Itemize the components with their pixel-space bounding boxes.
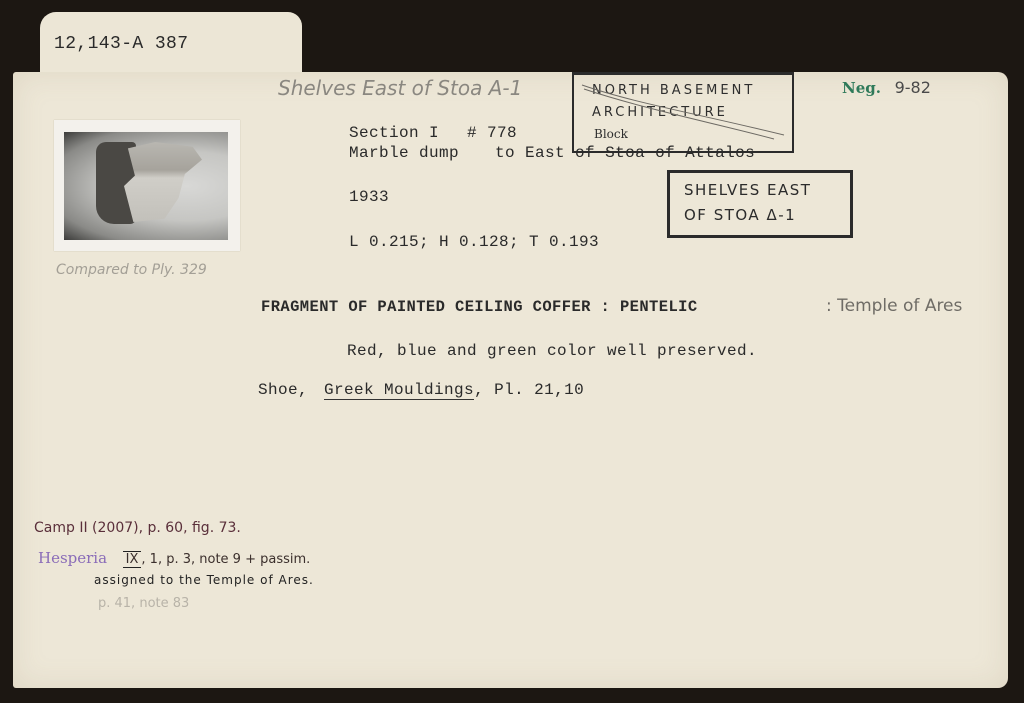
findspot-suffix: to East of Stoa of Attalos — [495, 144, 755, 162]
shelves-stamp-line-2: OF STOA Δ-1 — [684, 206, 796, 224]
findspot-line: Marble dump to East of Stoa of Attalos — [349, 144, 755, 162]
section-number: # 778 — [467, 124, 517, 142]
shelves-stamp-line-1: SHELVES EAST — [684, 181, 811, 199]
pencil-strike-icon — [574, 75, 792, 151]
section-label: Section I — [349, 124, 439, 142]
section-line: Section I # 778 — [349, 124, 517, 142]
bibliography-assigned: assigned to the Temple of Ares. — [94, 573, 314, 587]
bibliography-hesperia: Hesperia IX, 1, p. 3, note 9 + passim. — [38, 549, 310, 568]
description: Red, blue and green color well preserved… — [347, 342, 757, 360]
findspot-prefix: Marble dump — [349, 144, 459, 162]
object-title: FRAGMENT OF PAINTED CEILING COFFER : PEN… — [261, 298, 698, 316]
reference-plate: , Pl. 21,10 — [474, 381, 584, 399]
bibliography-faint-note: p. 41, note 83 — [98, 596, 189, 611]
fragment-image — [124, 142, 202, 222]
bibliography-camp: Camp II (2007), p. 60, fig. 73. — [34, 520, 241, 536]
photo-mount — [54, 120, 240, 251]
excavation-year: 1933 — [349, 188, 389, 206]
north-basement-stamp: NORTH BASEMENT ARCHITECTURE Block — [572, 72, 794, 153]
negative-field: Neg. 9-82 — [842, 78, 931, 98]
handwritten-location: Shelves East of Stoa A-1 — [278, 76, 522, 100]
hesperia-label: Hesperia — [38, 549, 107, 567]
negative-label: Neg. — [842, 79, 881, 97]
dimensions: L 0.215; H 0.128; T 0.193 — [349, 233, 599, 251]
reference-work: Greek Mouldings — [324, 381, 474, 400]
object-photo — [64, 132, 228, 240]
hesperia-rest: , 1, p. 3, note 9 + passim. — [141, 552, 310, 567]
reference-author: Shoe, — [258, 381, 308, 399]
reference-line: Shoe, Greek Mouldings, Pl. 21,10 — [258, 381, 584, 399]
catalog-number: 12,143-A 387 — [54, 34, 188, 54]
hesperia-volume: IX — [123, 551, 142, 568]
title-annotation: : Temple of Ares — [826, 296, 962, 316]
photo-note: Compared to Ply. 329 — [56, 262, 207, 278]
shelves-stamp: SHELVES EAST OF STOA Δ-1 — [667, 170, 853, 238]
negative-value: 9-82 — [895, 78, 931, 97]
